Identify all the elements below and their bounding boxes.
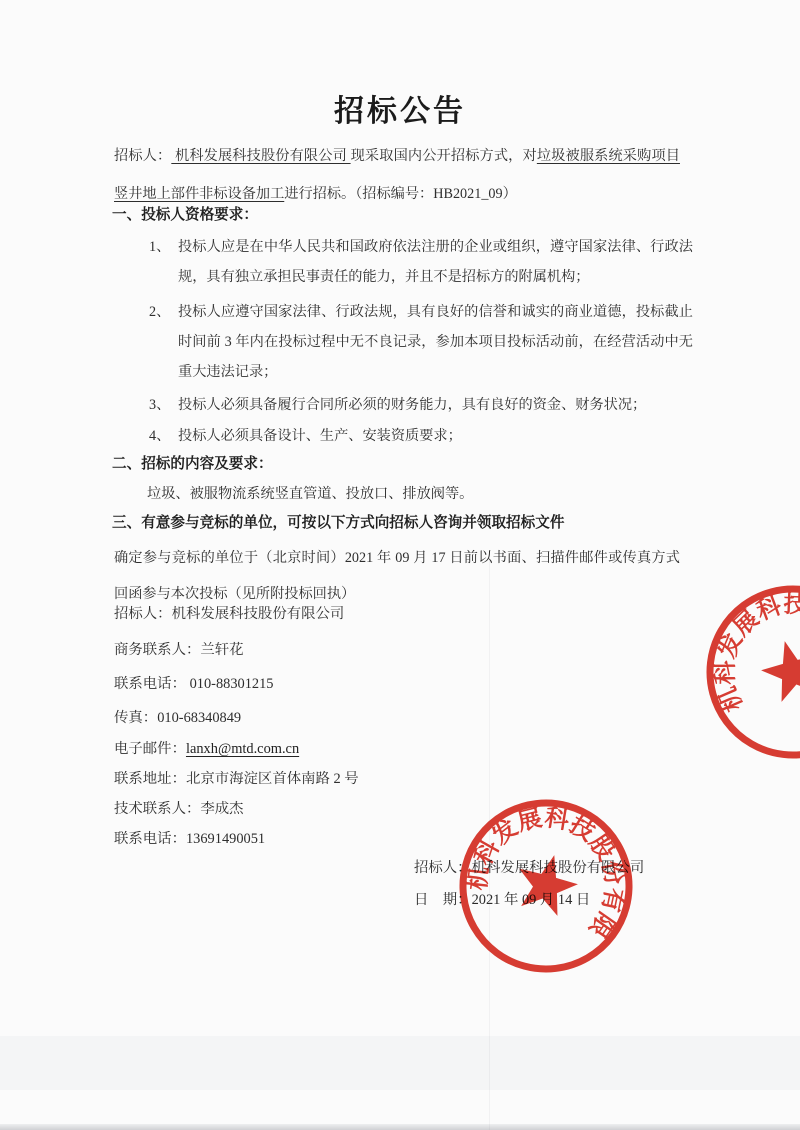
contact-label: 联系地址：: [114, 771, 186, 787]
company-seal-main: 机科发展科技股份有限公司: [430, 770, 663, 1003]
intro-tail: 进行招标。（招标编号：HB2021_09）: [284, 186, 517, 202]
contact-row-email: 电子邮件：lanxh@mtd.com.cn: [114, 737, 299, 758]
section3-heading: 三、有意参与竞标的单位，可按以下方式向招标人咨询并领取招标文件: [112, 511, 564, 532]
section1-heading: 一、投标人资格要求：: [112, 203, 258, 224]
intro-middle: 现采取国内公开招标方式，对: [351, 148, 537, 164]
item-text: 投标人应遵守国家法律、行政法规，具有良好的信誉和诚实的商业道德，投标截止时间前 …: [178, 297, 693, 387]
contact-label: 商务联系人：: [114, 642, 200, 658]
contact-row-fax: 传真：010-68340849: [114, 706, 241, 727]
svg-text:机科发展科技股份有限公司: 机科发展科技股份有限公司: [677, 556, 800, 738]
contact-label: 联系电话：: [114, 676, 186, 692]
contact-value: 北京市海淀区首体南路 2 号: [186, 771, 359, 787]
contact-label: 联系电话：: [114, 831, 186, 847]
contact-row-phone: 联系电话： 010-88301215: [114, 672, 274, 693]
item-number: 1、: [149, 232, 178, 262]
list-item-3: 3、 投标人必须具备履行合同所必须的财务能力，具有良好的资金、财务状况；: [149, 390, 689, 420]
scan-shadow-band: [0, 1036, 800, 1090]
contact-row-tech-phone: 联系电话：13691490051: [114, 827, 265, 848]
intro-paragraph: 招标人： 机科发展科技股份有限公司 现采取国内公开招标方式，对垃圾被服系统采购项…: [114, 137, 680, 213]
star-icon: [755, 633, 800, 705]
contact-value: 机科发展科技股份有限公司: [172, 606, 345, 622]
contact-value: 兰轩花: [200, 642, 243, 658]
item-number: 2、: [149, 297, 178, 327]
item-text: 投标人必须具备履行合同所必须的财务能力，具有良好的资金、财务状况；: [178, 390, 693, 420]
item-text: 投标人必须具备设计、生产、安装资质要求；: [178, 421, 693, 451]
intro-label: 招标人：: [114, 148, 171, 164]
page-bottom-edge: [0, 1124, 800, 1130]
company-seal-right-edge: 机科发展科技股份有限公司: [677, 556, 800, 789]
seal-company-text: 机科发展科技股份有限公司: [677, 556, 800, 738]
section2-body: 垃圾、被服物流系统竖直管道、投放口、排放阀等。: [147, 483, 473, 503]
list-item-1: 1、 投标人应是在中华人民共和国政府依法注册的企业或组织，遵守国家法律、行政法规…: [149, 232, 689, 292]
contact-row-tech-contact: 技术联系人：李成杰: [114, 797, 244, 818]
scanned-document-page: 招标公告 招标人： 机科发展科技股份有限公司 现采取国内公开招标方式，对垃圾被服…: [0, 0, 800, 1130]
contact-label: 传真：: [114, 710, 157, 726]
contact-value: 13691490051: [186, 831, 265, 847]
list-item-4: 4、 投标人必须具备设计、生产、安装资质要求；: [149, 421, 689, 451]
contact-label: 技术联系人：: [114, 801, 200, 817]
item-number: 3、: [149, 390, 178, 420]
contact-row-business-contact: 商务联系人：兰轩花: [114, 638, 244, 659]
email-link[interactable]: lanxh@mtd.com.cn: [186, 741, 299, 757]
bidder-name-underlined: 机科发展科技股份有限公司: [171, 148, 350, 164]
contact-label: 招标人：: [114, 606, 172, 622]
contact-value: 010-68340849: [157, 710, 241, 726]
contact-row-address: 联系地址：北京市海淀区首体南路 2 号: [114, 767, 359, 788]
section2-heading: 二、招标的内容及要求：: [112, 452, 273, 473]
document-title: 招标公告: [0, 86, 800, 130]
star-icon: [510, 847, 584, 919]
item-number: 4、: [149, 421, 178, 451]
contact-value: 李成杰: [200, 801, 243, 817]
contact-value: 010-88301215: [186, 676, 274, 692]
item-text: 投标人应是在中华人民共和国政府依法注册的企业或组织，遵守国家法律、行政法规，具有…: [178, 232, 693, 292]
contact-label: 电子邮件：: [114, 741, 186, 757]
list-item-2: 2、 投标人应遵守国家法律、行政法规，具有良好的信誉和诚实的商业道德，投标截止时…: [149, 297, 689, 387]
contact-row-bidder: 招标人：机科发展科技股份有限公司: [114, 602, 344, 623]
